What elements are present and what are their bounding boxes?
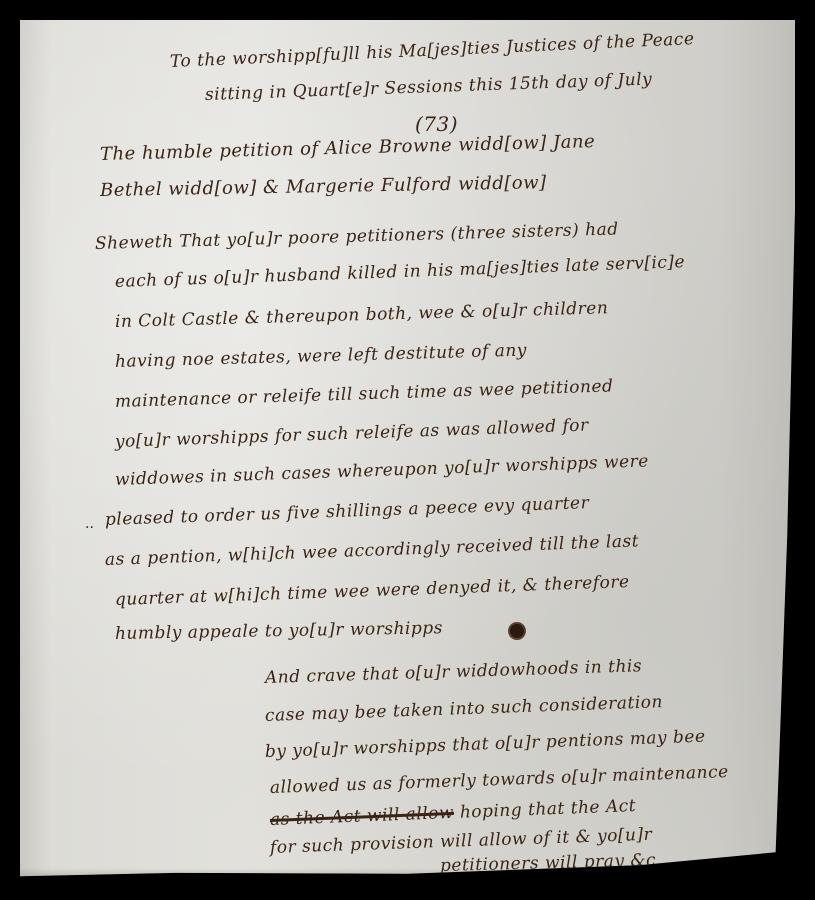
- continuation-line-5-text: hoping that the Act: [459, 796, 636, 823]
- body-line-7: widdowes in such cases whereupon yo[u]r …: [115, 451, 649, 490]
- body-line-11: humbly appeale to yo[u]r worshipps: [115, 618, 443, 644]
- manuscript-page: To the worshipp[fu]ll his Ma[jes]ties Ju…: [20, 20, 795, 878]
- header-line-2: sitting in Quart[e]r Sessions this 15th …: [205, 69, 653, 105]
- body-line-2: each of us o[u]r husband killed in his m…: [115, 252, 686, 292]
- continuation-line-2: case may bee taken into such considerati…: [265, 692, 664, 726]
- body-line-3: in Colt Castle & thereupon both, wee & o…: [115, 298, 609, 332]
- continuation-line-7: petitioners will pray &c.: [440, 850, 662, 876]
- body-line-4: having noe estates, were left destitute …: [115, 340, 527, 371]
- body-line-9: as a pention, w[hi]ch wee accordingly re…: [105, 531, 640, 570]
- title-line-2: Bethel widd[ow] & Margerie Fulford widd[…: [100, 172, 547, 201]
- folio-number: (73): [415, 112, 458, 136]
- body-line-1: Sheweth That yo[u]r poore petitioners (t…: [95, 219, 619, 254]
- header-line-1: To the worshipp[fu]ll his Ma[jes]ties Ju…: [170, 29, 695, 72]
- ink-blot: [508, 622, 526, 640]
- struck-text: as the Act will allow: [270, 803, 455, 830]
- body-line-10: quarter at w[hi]ch time wee were denyed …: [115, 572, 630, 610]
- body-line-6: yo[u]r worshipps for such releife as was…: [115, 415, 589, 452]
- continuation-line-3: by yo[u]r worshipps that o[u]r pentions …: [265, 727, 706, 762]
- body-line-5: maintenance or releife till such time as…: [115, 376, 614, 412]
- body-line-8: pleased to order us five shillings a pee…: [105, 493, 590, 530]
- margin-mark: ..: [85, 516, 94, 532]
- continuation-line-4: allowed us as formerly towards o[u]r mai…: [270, 762, 729, 798]
- title-line-1: The humble petition of Alice Browne widd…: [100, 131, 596, 165]
- continuation-line-5: as the Act will allow hoping that the Ac…: [270, 796, 637, 830]
- continuation-line-1: And crave that o[u]r widdowhoods in this: [265, 656, 643, 688]
